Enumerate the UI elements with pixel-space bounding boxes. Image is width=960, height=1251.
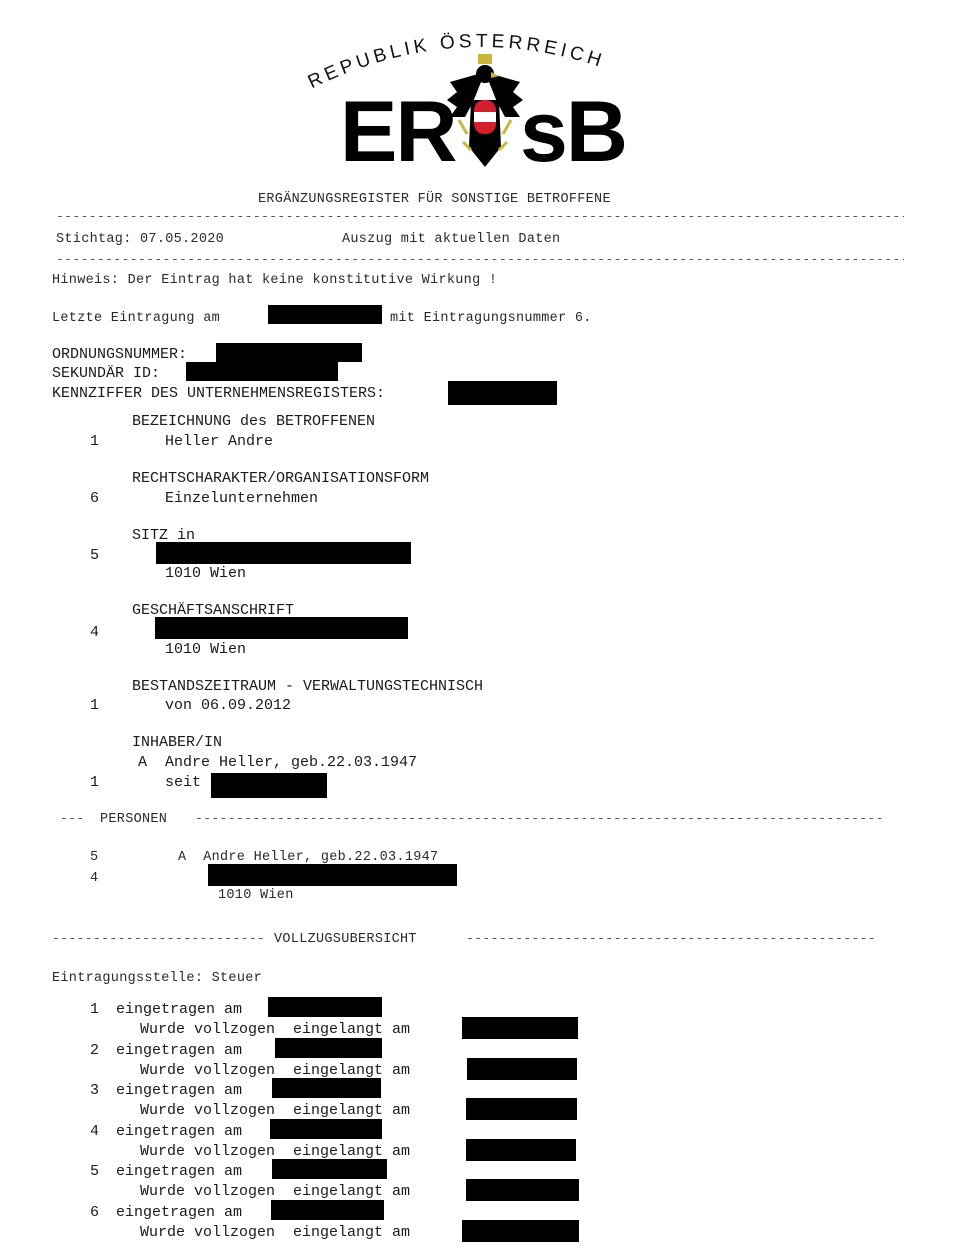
divider: ----------------------------------------… [56, 209, 904, 224]
redaction-bar [271, 1200, 384, 1220]
redaction-bar [275, 1038, 382, 1058]
hinweis: Hinweis: Der Eintrag hat keine konstitut… [52, 272, 497, 290]
person-city: 1010 Wien [218, 887, 294, 905]
divider: --- [60, 811, 90, 826]
redaction-bar [208, 864, 457, 886]
section-heading: BESTANDSZEITRAUM - VERWALTUNGSTECHNISCH [132, 678, 483, 696]
entry-eingetragen: eingetragen am [116, 1082, 242, 1100]
inhaber-person: A Andre Heller, geb.22.03.1947 [138, 754, 417, 772]
entry-num: 6 [90, 1204, 99, 1222]
section-value: von 06.09.2012 [165, 697, 291, 715]
entry-eingetragen: eingetragen am [116, 1204, 242, 1222]
entry-eingetragen: eingetragen am [116, 1163, 242, 1181]
redaction-bar [270, 1119, 382, 1139]
personen-heading: PERSONEN [100, 811, 167, 829]
entry-eingetragen: eingetragen am [116, 1123, 242, 1141]
divider: ----------------------------------------… [466, 931, 878, 946]
section-num: 1 [90, 433, 99, 451]
letzte-eintragung-prefix: Letzte Eintragung am [52, 310, 220, 328]
section-num: 1 [90, 697, 99, 715]
entry-eingetragen: eingetragen am [116, 1001, 242, 1019]
austrian-eagle-icon [445, 52, 525, 172]
logo-right-letters: sB [520, 92, 626, 172]
person-num: 4 [90, 870, 98, 888]
entry-vollzogen: Wurde vollzogen eingelangt am [140, 1102, 410, 1120]
document-title: ERGÄNZUNGSREGISTER FÜR SONSTIGE BETROFFE… [258, 191, 611, 209]
section-num: 1 [90, 774, 99, 792]
ordnungsnummer-label: ORDNUNGSNUMMER: [52, 346, 187, 364]
entry-num: 3 [90, 1082, 99, 1100]
stichtag: Stichtag: 07.05.2020 [56, 231, 224, 249]
entry-num: 4 [90, 1123, 99, 1141]
section-value: Einzelunternehmen [165, 490, 318, 508]
entry-vollzogen: Wurde vollzogen eingelangt am [140, 1224, 410, 1242]
entry-vollzogen: Wurde vollzogen eingelangt am [140, 1021, 410, 1039]
entry-num: 2 [90, 1042, 99, 1060]
section-heading: BEZEICHNUNG des BETROFFENEN [132, 413, 375, 431]
entry-vollzogen: Wurde vollzogen eingelangt am [140, 1062, 410, 1080]
entry-vollzogen: Wurde vollzogen eingelangt am [140, 1183, 410, 1201]
section-heading: RECHTSCHARAKTER/ORGANISATIONSFORM [132, 470, 429, 488]
entry-num: 1 [90, 1001, 99, 1019]
redaction-bar [466, 1098, 577, 1120]
section-num: 4 [90, 624, 99, 642]
person-num: 5 [90, 849, 98, 867]
section-value: Heller Andre [165, 433, 273, 451]
auszug-label: Auszug mit aktuellen Daten [342, 231, 560, 249]
redaction-bar [211, 773, 327, 798]
section-value: seit [165, 774, 201, 792]
redaction-bar [466, 1139, 576, 1161]
redaction-bar [448, 381, 557, 405]
redaction-bar [268, 305, 382, 324]
redaction-bar [272, 1159, 387, 1179]
eintragungsstelle: Eintragungsstelle: Steuer [52, 970, 262, 988]
kennziffer-label: KENNZIFFER DES UNTERNEHMENSREGISTERS: [52, 385, 385, 403]
redaction-bar [216, 343, 362, 362]
redaction-bar [462, 1017, 578, 1039]
section-num: 6 [90, 490, 99, 508]
logo-left-letters: ER [340, 92, 455, 172]
redaction-bar [155, 617, 408, 639]
redaction-bar [268, 997, 382, 1017]
divider: ----------------------------------------… [195, 811, 885, 826]
section-heading: INHABER/IN [132, 734, 222, 752]
section-num: 5 [90, 547, 99, 565]
redaction-bar [156, 542, 411, 564]
entry-num: 5 [90, 1163, 99, 1181]
redaction-bar [186, 362, 338, 381]
vollzug-heading: VOLLZUGSUBERSICHT [274, 931, 417, 949]
redaction-bar [466, 1179, 579, 1201]
ersb-logo: REPUBLIK ÖSTERREICH ER sB [295, 22, 665, 172]
entry-vollzogen: Wurde vollzogen eingelangt am [140, 1143, 410, 1161]
letzte-eintragung-suffix: mit Eintragungsnummer 6. [390, 310, 592, 328]
section-value: 1010 Wien [165, 565, 246, 583]
entry-eingetragen: eingetragen am [116, 1042, 242, 1060]
redaction-bar [467, 1058, 577, 1080]
divider: ----------------------------------------… [56, 252, 904, 267]
section-value: 1010 Wien [165, 641, 246, 659]
redaction-bar [272, 1078, 381, 1098]
divider: ------------------------------ [52, 931, 264, 946]
redaction-bar [462, 1220, 579, 1242]
sekundaer-id-label: SEKUNDÄR ID: [52, 365, 160, 383]
